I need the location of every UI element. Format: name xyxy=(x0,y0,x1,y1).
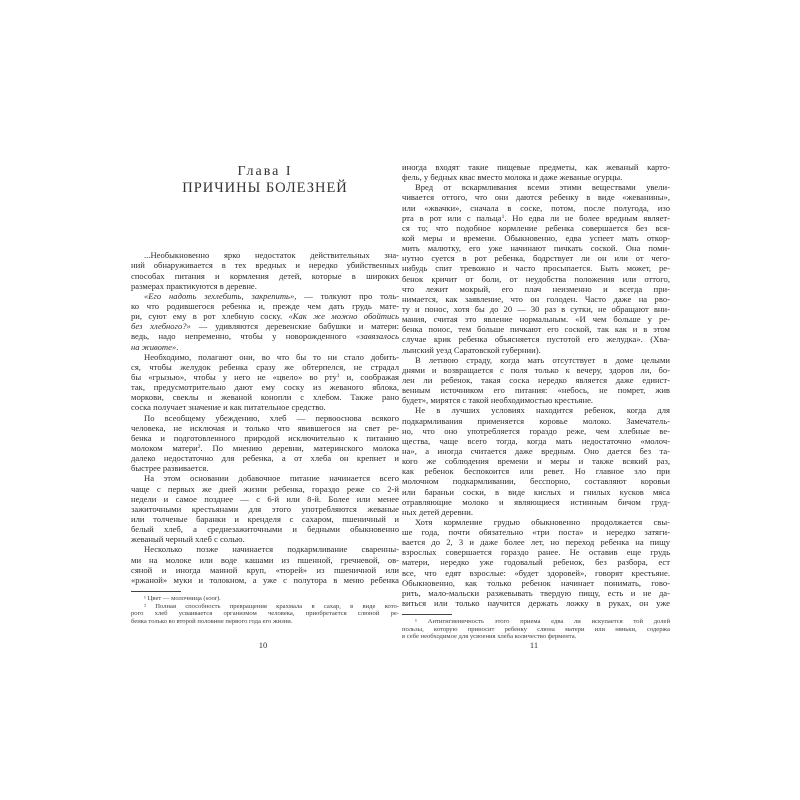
text-line: как ребенок беспокоится или ревет. Но гл… xyxy=(402,466,670,476)
text-line: кой меры и времени. Обыкновенно, едва ус… xyxy=(402,233,670,243)
text-line: мания, считая это явление нормальным. «И… xyxy=(402,314,670,324)
text-line: бенка только во второй половине первого … xyxy=(131,618,399,626)
text-line: ко что родившегося ребенка и, прежде чем… xyxy=(131,301,399,311)
text-line: бенка и подготовленного природой исключи… xyxy=(131,433,399,443)
right-page-body: иногда входят такие пищевые предметы, ка… xyxy=(402,162,670,608)
text-line: матери, нередко уже годовалый ребенок, б… xyxy=(402,557,670,567)
text-line: или толченые баранки и кренделя с сахаро… xyxy=(131,514,399,524)
page-number-right: 11 xyxy=(514,640,554,650)
footnote-divider xyxy=(402,614,452,615)
text-line: размерах практикуются в деревне. xyxy=(131,281,399,291)
text-line: чивается оттого, что они даются ребенку … xyxy=(402,192,670,202)
text-line: Обыкновенно, как только ребенок начинает… xyxy=(402,578,670,588)
text-line: Не в лучших условиях находится ребенок, … xyxy=(402,405,670,415)
left-page-body: ...Необыкновенно ярко недостаток действи… xyxy=(131,250,399,585)
book-spread: Глава I ПРИЧИНЫ БОЛЕЗНЕЙ ...Необыкновенн… xyxy=(0,0,800,800)
text-line: кого же соблюдения времени и меры и такж… xyxy=(402,456,670,466)
text-line: далеко недостаточно для ребенка, а от хл… xyxy=(131,453,399,463)
left-page: Глава I ПРИЧИНЫ БОЛЕЗНЕЙ ...Необыкновенн… xyxy=(131,158,399,625)
right-page: иногда входят такие пищевые предметы, ка… xyxy=(402,162,670,641)
text-line: бенок кричит от боли, от неудобства поло… xyxy=(402,274,670,284)
text-line: лен ли ребенок, такая соска нередко явля… xyxy=(402,375,670,385)
text-line: виться или только научится держать ложку… xyxy=(402,598,670,608)
text-line: сяной и иногда манной круп, «тюрей» из п… xyxy=(131,565,399,575)
text-line: так, предусмотрительно дают ему соску из… xyxy=(131,382,399,392)
text-line: днями и возвращается с поля только к веч… xyxy=(402,365,670,375)
text-line: ¹ Цвет — молочница (soor). xyxy=(131,595,399,603)
text-line: молочном подкармливании, бесспорно, сост… xyxy=(402,476,670,486)
text-line: молоком матери2. По мнению деревни, мате… xyxy=(131,443,399,453)
text-line: человека, не исключая и только что явивш… xyxy=(131,423,399,433)
text-line: будет», мирятся с такой необходимостью к… xyxy=(402,395,670,405)
text-line: ся то; что подобное кормление ребенка со… xyxy=(402,223,670,233)
text-line: на животе». xyxy=(131,342,399,352)
chapter-title: ПРИЧИНЫ БОЛЕЗНЕЙ xyxy=(131,183,399,193)
text-line: вается до 2, 3 и даже более лет, но пере… xyxy=(402,537,670,547)
text-line: Необходимо, полагают они, во что бы то н… xyxy=(131,352,399,362)
text-line: На этом основании добавочное питание нач… xyxy=(131,473,399,483)
text-line: «ржаной» муки и толокном, а уже с полуто… xyxy=(131,575,399,585)
text-line: жеваный черный хлеб с солью. xyxy=(131,534,399,544)
text-line: взрослых совершается гораздо ранее. Не о… xyxy=(402,547,670,557)
text-line: рта в рот или с пальца1. Но едва ли не б… xyxy=(402,213,670,223)
text-line: пользы, которую приносит ребенку слюна м… xyxy=(402,626,670,634)
text-line: ри, суют ему в рот хлебную соску. «Как ж… xyxy=(131,311,399,321)
text-line: ...Необыкновенно ярко недостаток действи… xyxy=(131,250,399,260)
text-line: иногда входят такие пищевые предметы, ка… xyxy=(402,162,670,172)
text-line: все, что едят взрослые: «будет здоровей»… xyxy=(402,568,670,578)
text-line: фель, у бедных квас вместо молока и даже… xyxy=(402,172,670,182)
text-line: бенка понос, тем больше пичкают его соск… xyxy=(402,324,670,334)
text-line: или бараньи соски, в виде кислых и гнилы… xyxy=(402,487,670,497)
text-line: отравляющие молоко и являющиеся истинным… xyxy=(402,497,670,507)
text-line: Несколько позже начинается подкармливани… xyxy=(131,544,399,554)
text-line: Хотя кормление грудью обыкновенно продол… xyxy=(402,517,670,527)
chapter-spacer xyxy=(131,193,399,250)
text-line: ту и понос, хотя бы до 20 — 30 раз в сут… xyxy=(402,304,670,314)
text-line: нутно суется в рот ребенка, бодрствует л… xyxy=(402,253,670,263)
text-line: рого хлеб усваивается организмом человек… xyxy=(131,610,399,618)
text-line: ний обнаруживается в тех вредных и неред… xyxy=(131,260,399,270)
text-line: на», а иногда считается даже вредным. Он… xyxy=(402,446,670,456)
text-line: Вред от вскармливания всеми этими вещест… xyxy=(402,182,670,192)
text-line: бы «грызью», чтобы у него не «цвело» во … xyxy=(131,372,399,382)
text-line: щества, чаще всего тогда, когда мать нед… xyxy=(402,436,670,446)
text-line: соска получает значение и как питательно… xyxy=(131,402,399,412)
text-line: моркови, свеклы и жеваной конопли с хлеб… xyxy=(131,392,399,402)
text-line: ных детей деревни. xyxy=(402,507,670,517)
text-line: быстрее развивается. xyxy=(131,463,399,473)
text-line: мить малютку, его уже начинают пичкать с… xyxy=(402,243,670,253)
text-line: способах питания и кормления детей, кото… xyxy=(131,271,399,281)
text-line: По всеобщему убеждению, хлеб — первоосно… xyxy=(131,413,399,423)
text-line: подкармливания применяется коровье молок… xyxy=(402,416,670,426)
text-line: В летнюю страду, когда мать отсутствует … xyxy=(402,355,670,365)
text-line: что лежит мокрый, его плач неизменно и в… xyxy=(402,284,670,294)
text-line: без хлебного?» — удивляются деревенские … xyxy=(131,321,399,331)
page-number-left: 10 xyxy=(243,640,283,650)
text-line: ² Полная способность превращения крахмал… xyxy=(131,603,399,611)
text-line: рить, мало-мальски разжевывать твердую п… xyxy=(402,588,670,598)
text-line: случае крик ребенка объясняется пустотой… xyxy=(402,334,670,344)
left-page-footnotes: ¹ Цвет — молочница (soor).² Полная спосо… xyxy=(131,595,399,625)
text-line: но, что оно употребляется гораздо реже, … xyxy=(402,426,670,436)
footnote-divider xyxy=(131,591,181,592)
text-line: «Его надоть зехлебить, закрепить», — тол… xyxy=(131,291,399,301)
text-line: ше года, почти обязательно «три поста» и… xyxy=(402,527,670,537)
text-line: зажиточными крестьянами для этого употре… xyxy=(131,504,399,514)
text-line: ведь, надо непременно, чтобы у новорожде… xyxy=(131,331,399,341)
text-line: белый хлеб, а среднезажиточными и бедным… xyxy=(131,524,399,534)
text-line: лынский уезд Саратовской губернии). xyxy=(402,345,670,355)
chapter-label: Глава I xyxy=(131,167,399,177)
text-line: венным источником его питания: «небось, … xyxy=(402,385,670,395)
text-line: чаще с первых же дней жизни ребенка, гор… xyxy=(131,484,399,494)
text-line: нимается, как заявление, что он голоден.… xyxy=(402,294,670,304)
text-line: ми на молоке или воде кашами из пшенной,… xyxy=(131,555,399,565)
text-line: недели и самое позднее — с 6-й или 8-й. … xyxy=(131,494,399,504)
right-page-footnotes: ¹ Антигигиеничность этого приема едва ли… xyxy=(402,618,670,641)
text-line: ¹ Антигигиеничность этого приема едва ли… xyxy=(402,618,670,626)
text-line: ся, чтобы желудок ребенка сразу же обтер… xyxy=(131,362,399,372)
text-line: или «жвачки», сначала в соске, потом, по… xyxy=(402,203,670,213)
text-line: нибудь спит тревожно и часто просыпается… xyxy=(402,263,670,273)
